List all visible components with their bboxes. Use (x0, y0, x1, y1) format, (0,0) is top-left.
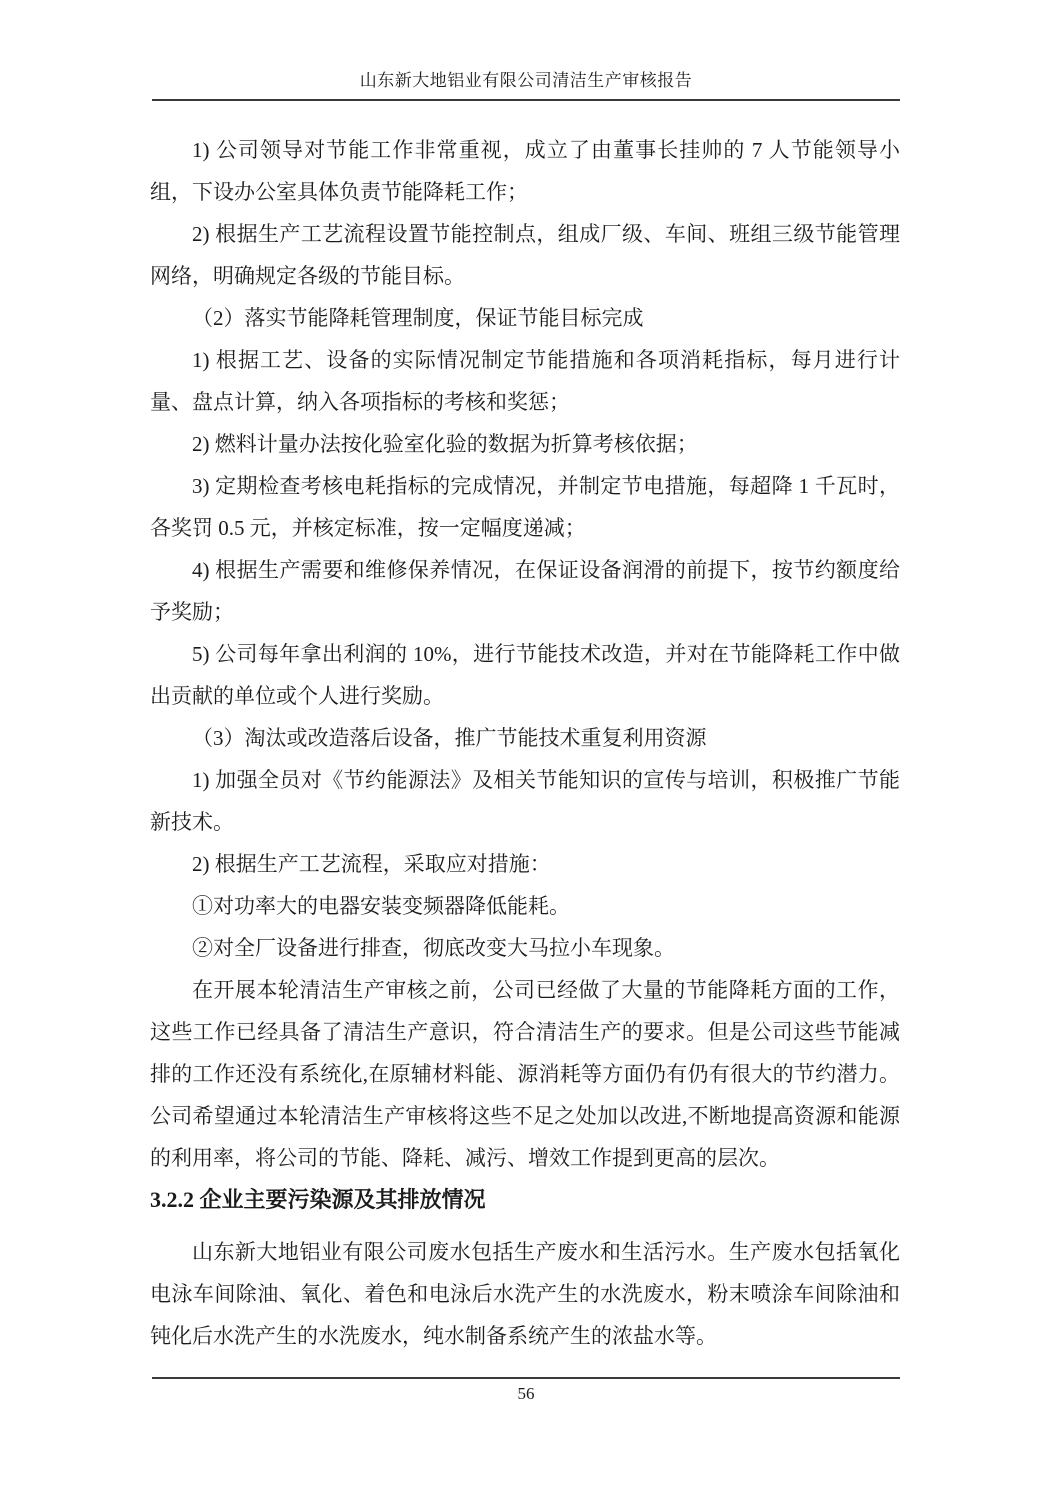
page-header: 山东新大地铝业有限公司清洁生产审核报告 (152, 70, 900, 101)
paragraph-8: 5) 公司每年拿出利润的 10%，进行节能技术改造，并对在节能降耗工作中做出贡献… (150, 633, 900, 717)
paragraph-13: ②对全厂设备进行排查，彻底改变大马拉小车现象。 (150, 927, 900, 969)
section-heading-3-2-2: 3.2.2 企业主要污染源及其排放情况 (150, 1179, 900, 1221)
document-page: 山东新大地铝业有限公司清洁生产审核报告 1) 公司领导对节能工作非常重视，成立了… (0, 0, 1050, 1485)
paragraph-6: 3) 定期检查考核电耗指标的完成情况，并制定节电措施，每超降 1 千瓦时，各奖罚… (150, 465, 900, 549)
page-footer: 56 (152, 1377, 900, 1404)
page-number: 56 (518, 1384, 535, 1403)
paragraph-11: 2) 根据生产工艺流程，采取应对措施： (150, 843, 900, 885)
paragraph-12: ①对功率大的电器安装变频器降低能耗。 (150, 885, 900, 927)
paragraph-10: 1) 加强全员对《节约能源法》及相关节能知识的宣传与培训，积极推广节能新技术。 (150, 759, 900, 843)
paragraph-1: 1) 公司领导对节能工作非常重视，成立了由董事长挂帅的 7 人节能领导小组，下设… (150, 129, 900, 213)
paragraph-3: （2）落实节能降耗管理制度，保证节能目标完成 (150, 297, 900, 339)
running-header-title: 山东新大地铝业有限公司清洁生产审核报告 (360, 71, 693, 90)
document-body: 1) 公司领导对节能工作非常重视，成立了由董事长挂帅的 7 人节能领导小组，下设… (150, 129, 900, 1357)
paragraph-9: （3）淘汰或改造落后设备，推广节能技术重复利用资源 (150, 717, 900, 759)
paragraph-14: 在开展本轮清洁生产审核之前，公司已经做了大量的节能降耗方面的工作，这些工作已经具… (150, 969, 900, 1179)
paragraph-4: 1) 根据工艺、设备的实际情况制定节能措施和各项消耗指标，每月进行计量、盘点计算… (150, 339, 900, 423)
paragraph-5: 2) 燃料计量办法按化验室化验的数据为折算考核依据； (150, 423, 900, 465)
paragraph-15: 山东新大地铝业有限公司废水包括生产废水和生活污水。生产废水包括氧化电泳车间除油、… (150, 1231, 900, 1357)
paragraph-7: 4) 根据生产需要和维修保养情况，在保证设备润滑的前提下，按节约额度给予奖励； (150, 549, 900, 633)
paragraph-2: 2) 根据生产工艺流程设置节能控制点，组成厂级、车间、班组三级节能管理网络，明确… (150, 213, 900, 297)
